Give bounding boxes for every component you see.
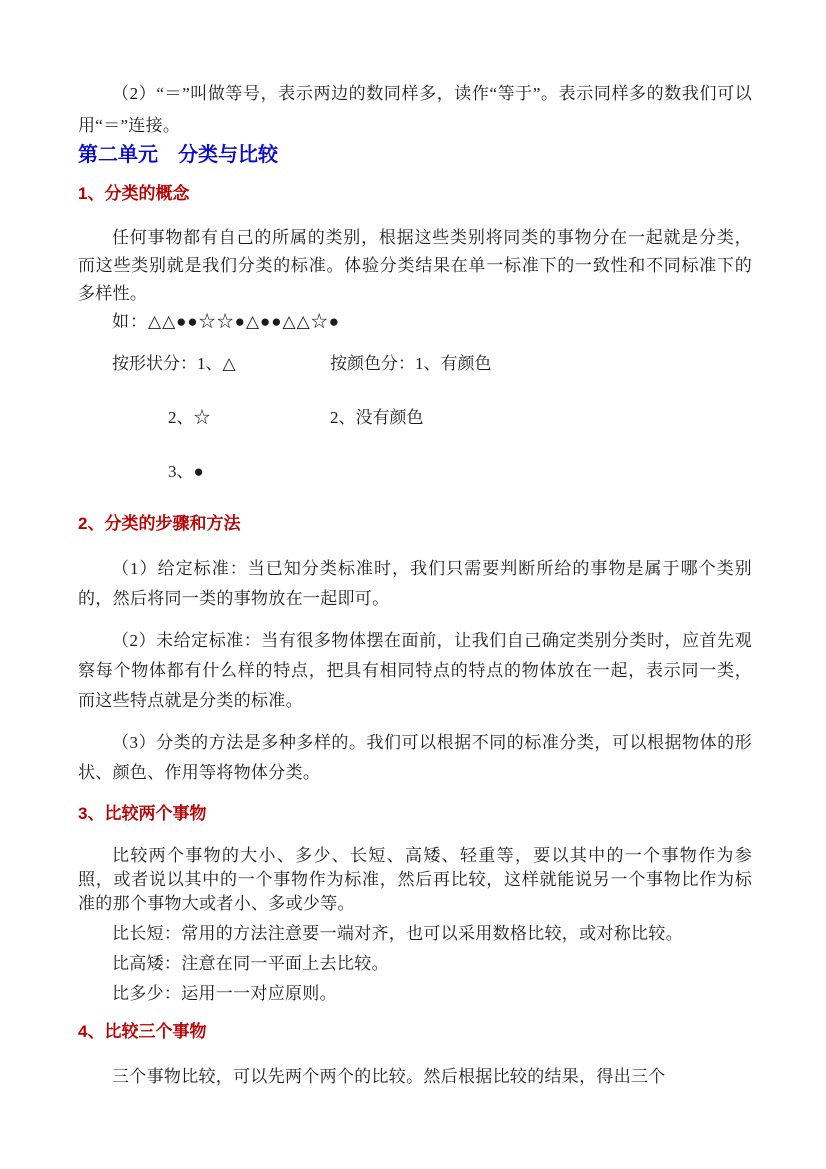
classification-example-block: 按形状分：1、△ 按颜色分：1、有颜色 2、☆ 2、没有颜色 3、● [78, 350, 752, 486]
compare-height-line: 比高矮：注意在同一平面上去比较。 [78, 952, 752, 976]
section-1-heading: 1、分类的概念 [78, 182, 752, 206]
by-shape-item-3: 3、● [112, 458, 330, 486]
unit-heading: 第二单元 分类与比较 [78, 142, 752, 168]
section-1-paragraph: 任何事物都有自己的所属的类别，根据这些类别将同类的事物分在一起就是分类，而这些类… [78, 224, 752, 308]
section-2-paragraph-2: （2）未给定标准：当有很多物体摆在面前，让我们自己确定类别分类时，应首先观察每个… [78, 626, 752, 716]
by-shape-item-1: 按形状分：1、△ [112, 350, 330, 378]
compare-length-line: 比长短：常用的方法注意要一端对齐，也可以采用数格比较，或对称比较。 [78, 922, 752, 946]
section-4-heading: 4、比较三个事物 [78, 1020, 752, 1044]
section-2-heading: 2、分类的步骤和方法 [78, 512, 752, 536]
shape-sequence-example: 如：△△●●☆☆●△●●△△☆● [78, 308, 752, 336]
by-color-item-2: 2、没有颜色 [330, 404, 752, 432]
section-2-paragraph-3: （3）分类的方法是多种多样的。我们可以根据不同的标准分类，可以根据物体的形状、颜… [78, 728, 752, 788]
by-color-item-empty [330, 458, 752, 486]
section-4-paragraph: 三个事物比较，可以先两个两个的比较。然后根据比较的结果，得出三个 [78, 1062, 752, 1092]
intro-paragraph: （2）“＝”叫做等号，表示两边的数同样多，读作“等于”。表示同样多的数我们可以用… [78, 78, 752, 142]
section-3-heading: 3、比较两个事物 [78, 802, 752, 826]
classification-row: 3、● [78, 458, 752, 486]
classification-row: 按形状分：1、△ 按颜色分：1、有颜色 [78, 350, 752, 378]
by-shape-item-2: 2、☆ [112, 404, 330, 432]
section-3-lead-paragraph: 比较两个事物的大小、多少、长短、高矮、轻重等，要以其中的一个事物作为参照，或者说… [78, 844, 752, 916]
section-2-paragraph-1: （1）给定标准：当已知分类标准时，我们只需要判断所给的事物是属于哪个类别的，然后… [78, 554, 752, 614]
by-color-item-1: 按颜色分：1、有颜色 [330, 350, 752, 378]
classification-row: 2、☆ 2、没有颜色 [78, 404, 752, 432]
compare-quantity-line: 比多少：运用一一对应原则。 [78, 982, 752, 1006]
document-page: （2）“＝”叫做等号，表示两边的数同样多，读作“等于”。表示同样多的数我们可以用… [0, 0, 826, 1169]
